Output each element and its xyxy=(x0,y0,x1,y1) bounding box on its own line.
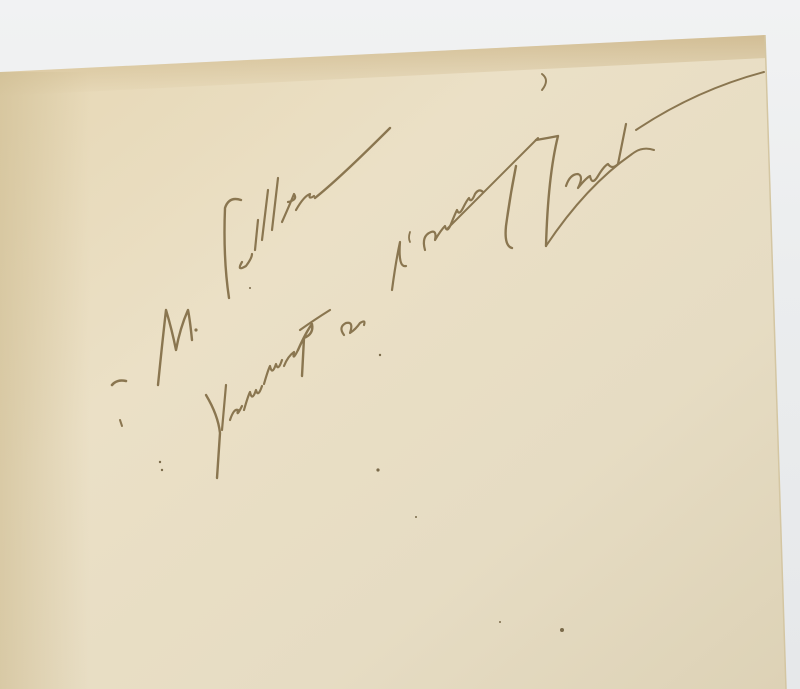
inscription-line2 xyxy=(206,74,546,478)
signature xyxy=(506,72,764,248)
inscription-line1 xyxy=(112,128,390,426)
paper-specks xyxy=(159,287,564,632)
handwritten-inscription xyxy=(0,0,800,689)
